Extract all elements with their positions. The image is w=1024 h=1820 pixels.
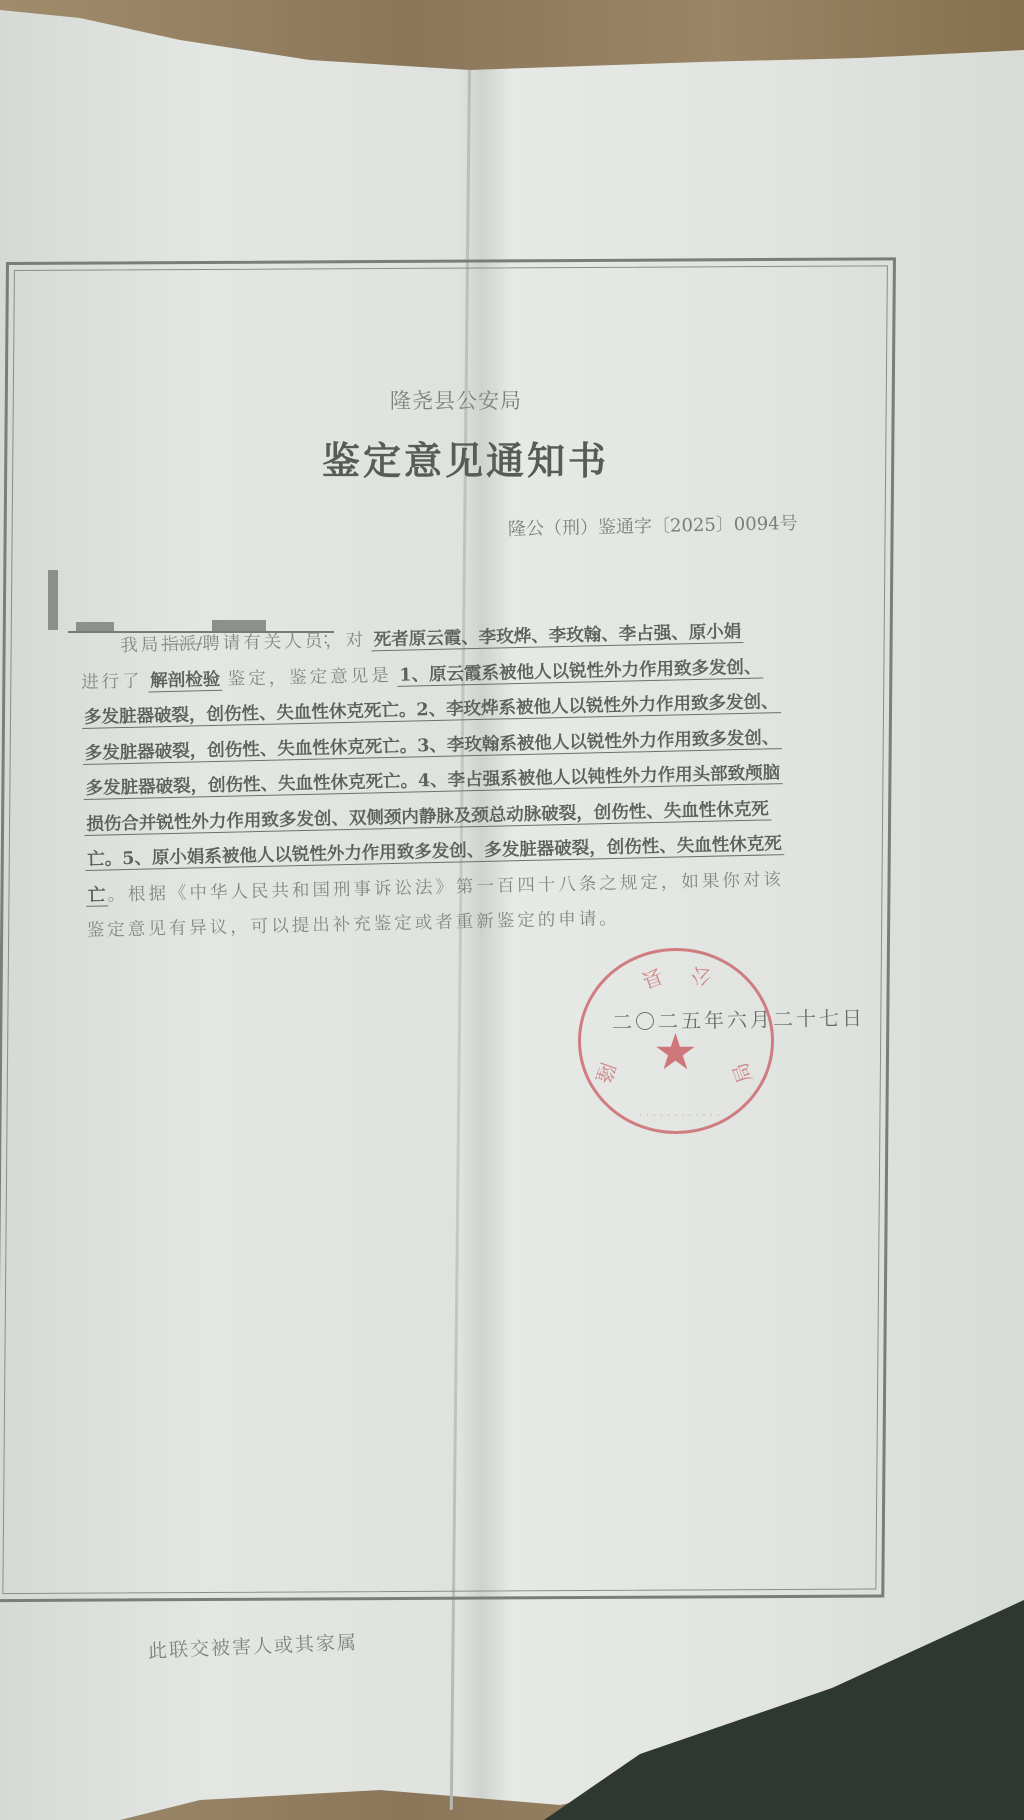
official-seal: 县 公 隆 局 ★ · · · · · · · · · · · ·	[578, 948, 774, 1134]
opinion-line: 1、原云霞系被他人以锐性外力作用致多发创、	[397, 657, 764, 686]
subjects-field: 死者原云霞、李玫烨、李玫翰、李占强、原小娟	[372, 622, 744, 651]
opinion-line: 亡	[86, 885, 108, 906]
exam-type-field: 解剖检验	[148, 669, 222, 692]
notice-body: 我局指派/聘请有关人员，对 死者原云霞、李玫烨、李玫翰、李占强、原小娟 进行了 …	[80, 612, 897, 950]
seal-char: 局	[724, 1059, 758, 1088]
closing-text: 鉴定意见有异议，可以提出补充鉴定或者重新鉴定的申请。	[87, 909, 620, 941]
seal-serial: · · · · · · · · · · · ·	[639, 1111, 721, 1120]
seal-char: 公	[689, 961, 714, 993]
issue-date: 二〇二五年六月二十七日	[612, 1002, 865, 1035]
document-title: 鉴定意见通知书	[322, 430, 609, 485]
star-icon: ★	[653, 1027, 698, 1077]
issuing-agency: 隆尧县公安局	[390, 385, 522, 415]
seal-char: 隆	[590, 1059, 624, 1088]
struck-option: 指派/	[161, 634, 202, 655]
seal-char: 县	[639, 962, 668, 996]
redacted-block	[48, 570, 58, 630]
